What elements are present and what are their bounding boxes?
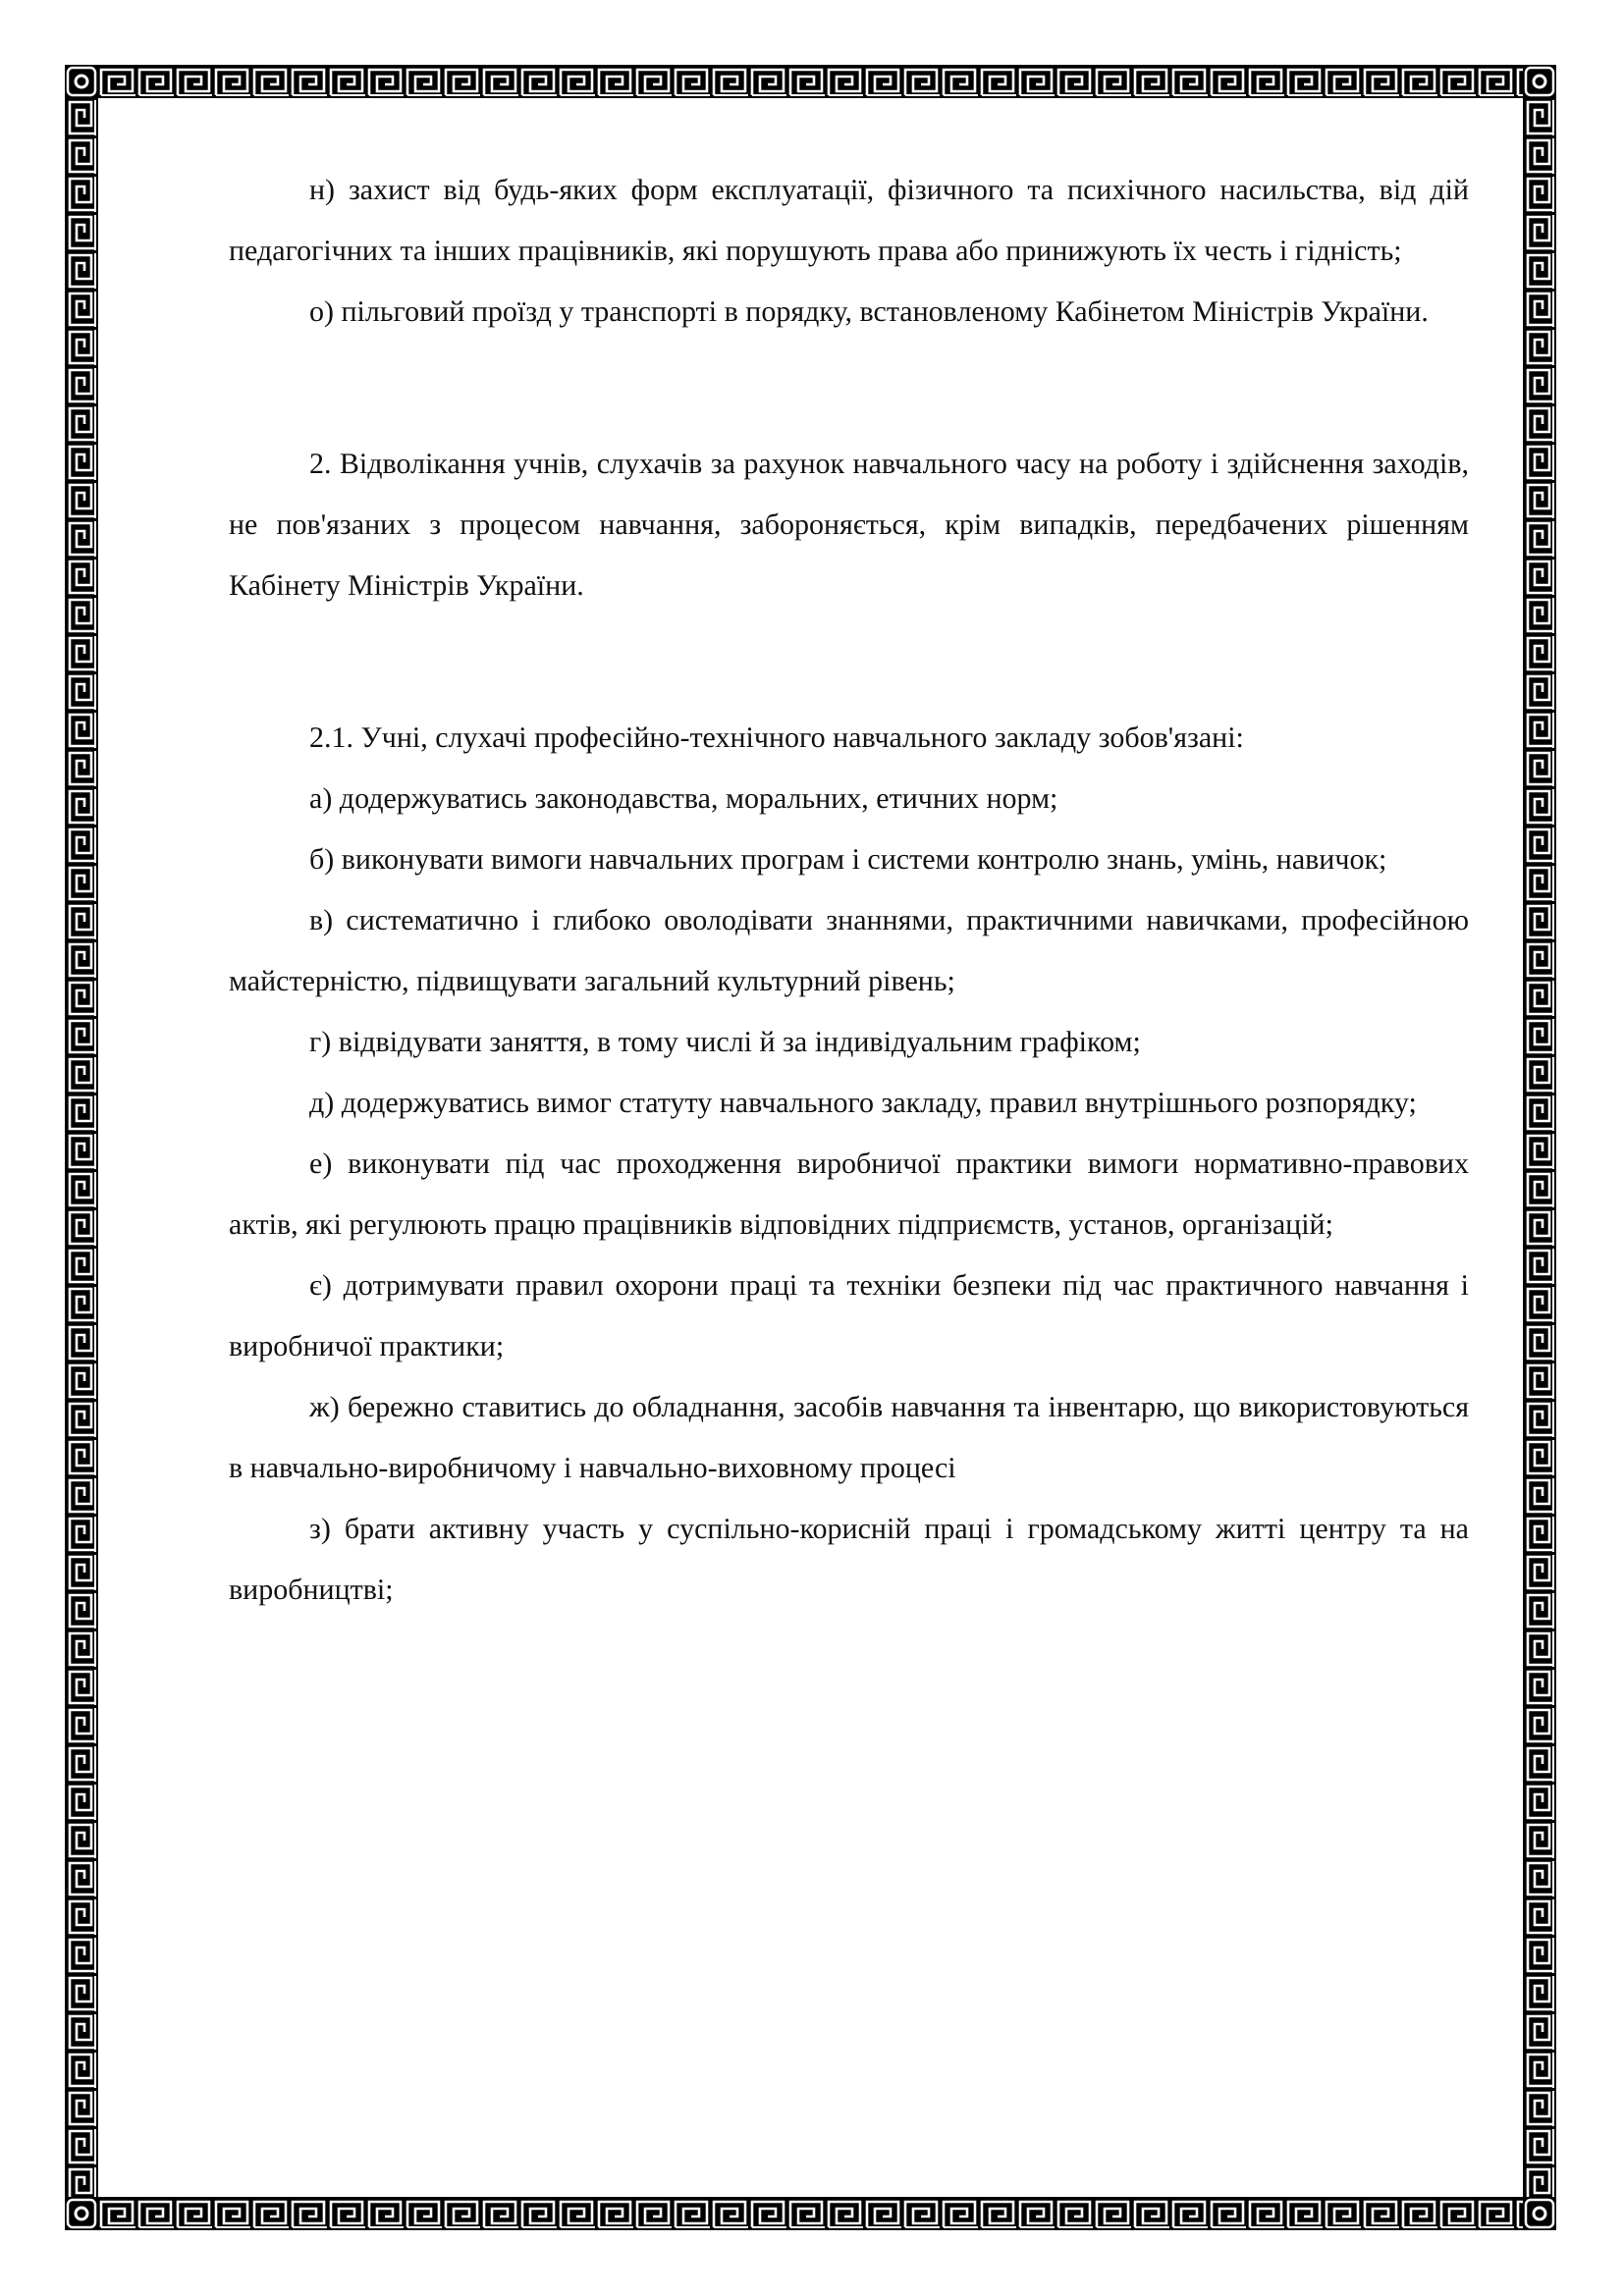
list-item-d: д) додержуватись вимог статуту навчально…: [229, 1073, 1469, 1134]
border-bottom-meander: [65, 2197, 1556, 2230]
document-body: н) захист від будь-яких форм експлуатаці…: [229, 160, 1469, 1621]
meander-pattern-icon: [65, 2197, 1556, 2230]
list-item-zh: ж) бережно ставитись до обладнання, засо…: [229, 1377, 1469, 1499]
border-top-meander: [65, 65, 1556, 98]
list-item-a: а) додержуватись законодавства, моральни…: [229, 769, 1469, 829]
list-item-v: в) систематично і глибоко оволодівати зн…: [229, 890, 1469, 1012]
corner-ring-icon: [65, 65, 98, 98]
list-item-z: з) брати активну участь у суспільно-кори…: [229, 1499, 1469, 1621]
clause-2-paragraph: 2. Відволікання учнів, слухачів за рахун…: [229, 434, 1469, 616]
paragraph-spacer: [229, 343, 1469, 434]
list-item-ye: є) дотримувати правил охорони праці та т…: [229, 1255, 1469, 1377]
meander-pattern-icon: [1523, 65, 1556, 2230]
clause-2-1-heading: 2.1. Учні, слухачі професійно-технічного…: [229, 708, 1469, 769]
meander-pattern-icon: [65, 65, 1556, 98]
list-item-b: б) виконувати вимоги навчальних програм …: [229, 829, 1469, 890]
list-item-n: н) захист від будь-яких форм експлуатаці…: [229, 160, 1469, 282]
paragraph-spacer: [229, 616, 1469, 708]
corner-ring-icon: [1523, 2197, 1556, 2230]
list-item-e: е) виконувати під час проходження виробн…: [229, 1134, 1469, 1255]
meander-pattern-icon: [65, 65, 98, 2230]
corner-ring-icon: [1523, 65, 1556, 98]
list-item-o: о) пільговий проїзд у транспорті в поряд…: [229, 282, 1469, 343]
border-right-meander: [1523, 65, 1556, 2230]
list-item-h: г) відвідувати заняття, в тому числі й з…: [229, 1012, 1469, 1073]
border-left-meander: [65, 65, 98, 2230]
corner-ring-icon: [65, 2197, 98, 2230]
